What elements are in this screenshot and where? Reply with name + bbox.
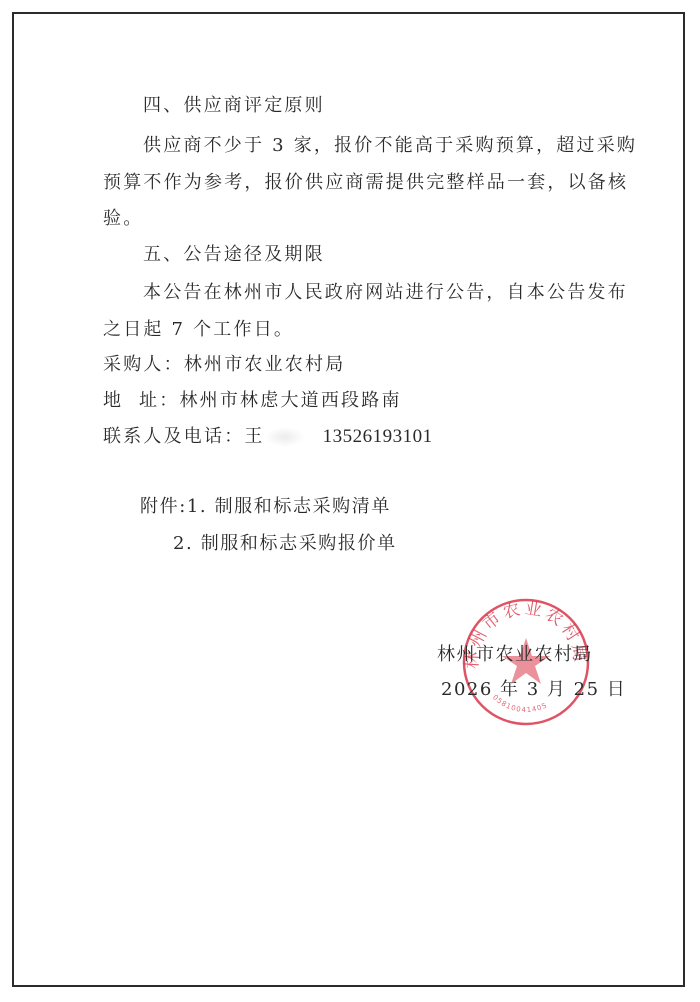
address-line: 地 址：林州市林虑大道西段路南 xyxy=(103,389,402,413)
address-label: 地 址： xyxy=(103,390,179,411)
purchaser-value: 林州市农业农村局 xyxy=(184,354,346,375)
section4-line-2: 预算不作为参考，报价供应商需提供完整样品一套，以备核 xyxy=(103,171,628,195)
signature-date: 2026 年 3 月 25 日 xyxy=(441,678,626,702)
contact-name: 王 xyxy=(244,426,264,447)
signature-organization: 林州市农业农村局 xyxy=(437,643,593,667)
contact-line: 联系人及电话：王13526193101 xyxy=(103,425,433,449)
contact-phone: 13526193101 xyxy=(323,426,433,447)
redacted-name xyxy=(265,427,305,447)
purchaser-line: 采购人：林州市农业农村局 xyxy=(103,353,345,377)
section4-heading: 四、供应商评定原则 xyxy=(143,94,325,118)
attachments-label: 附件: xyxy=(140,496,187,517)
section4-line-1: 供应商不少于 3 家，报价不能高于采购预算，超过采购 xyxy=(143,134,637,158)
address-value: 林州市林虑大道西段路南 xyxy=(179,390,401,411)
section5-heading: 五、公告途径及期限 xyxy=(143,243,325,267)
attachment-item-1: 1. 制服和标志采购清单 xyxy=(187,496,391,517)
section5-line-1: 本公告在林州市人民政府网站进行公告，自本公告发布 xyxy=(143,281,628,305)
purchaser-label: 采购人： xyxy=(103,354,184,375)
contact-label: 联系人及电话： xyxy=(103,426,244,447)
attachments-line-1: 附件:1. 制服和标志采购清单 xyxy=(140,495,391,519)
attachment-item-2: 2. 制服和标志采购报价单 xyxy=(173,532,397,556)
section5-line-2: 之日起 7 个工作日。 xyxy=(103,318,294,342)
section4-line-3: 验。 xyxy=(103,207,143,231)
